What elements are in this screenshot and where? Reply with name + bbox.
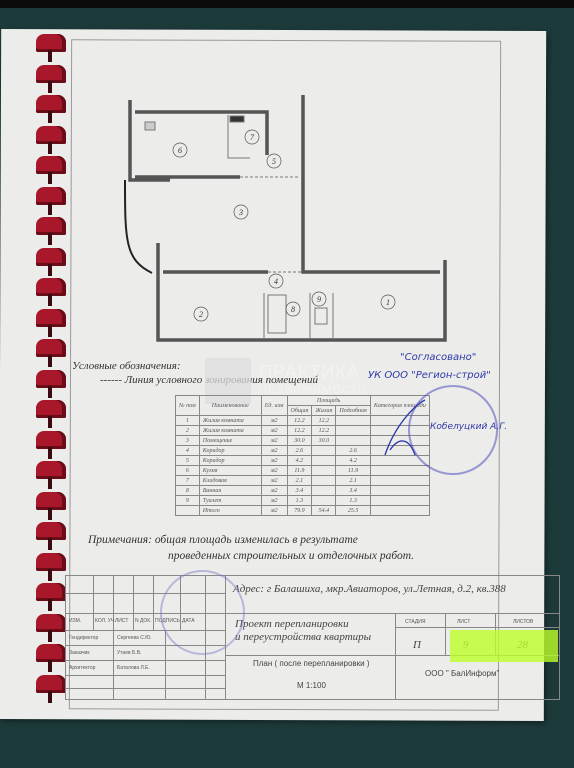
room-marker-2: 2 xyxy=(194,307,208,321)
binding-ring xyxy=(36,339,66,357)
svg-text:9: 9 xyxy=(317,295,321,304)
revision-column-header: ЛИСТ xyxy=(115,618,128,624)
staff-name: Утаев Б.В. xyxy=(117,650,141,656)
legend-title: Условные обозначения: xyxy=(72,360,181,372)
svg-text:1: 1 xyxy=(386,298,390,307)
binding-ring xyxy=(36,522,66,540)
revision-column-header: КОЛ. УЧ. xyxy=(95,618,116,624)
room-marker-5: 5 xyxy=(267,154,281,168)
svg-text:2: 2 xyxy=(199,310,203,319)
cell-unit: м2 xyxy=(261,416,287,426)
cell-num: 9 xyxy=(176,496,200,506)
sheet-title: План ( после перепланировки ) xyxy=(253,659,370,668)
grid-line xyxy=(395,627,560,628)
svg-text:8: 8 xyxy=(291,305,295,314)
binding-ring xyxy=(36,400,66,418)
binding-ring xyxy=(36,461,66,479)
staff-role: Гендиректор xyxy=(69,635,98,641)
grid-line xyxy=(133,575,134,630)
cell-unit: м2 xyxy=(261,476,287,486)
binding-ring xyxy=(36,553,66,571)
room-marker-7: 7 xyxy=(245,130,259,144)
grid-line xyxy=(93,575,94,630)
cell-num: 2 xyxy=(176,426,200,436)
cell-aux: 1.3 xyxy=(336,496,371,506)
staff-role: Заказчик xyxy=(69,650,90,656)
cell-living xyxy=(312,466,336,476)
room-marker-9: 9 xyxy=(312,292,326,306)
cell-category xyxy=(370,466,429,476)
cell-aux: 3.4 xyxy=(336,486,371,496)
binding-ring xyxy=(36,156,66,174)
signature-icon xyxy=(375,395,435,465)
cell-aux xyxy=(336,436,371,446)
total-cell-name: Итого xyxy=(199,506,261,516)
binding-ring xyxy=(36,583,66,601)
svg-text:3: 3 xyxy=(238,208,243,217)
cell-living xyxy=(312,446,336,456)
binding-ring xyxy=(36,95,66,113)
grid-line xyxy=(65,660,225,661)
col-unit: Ед. изм xyxy=(261,396,287,416)
cell-unit: м2 xyxy=(261,466,287,476)
note-line1: Примечания: общая площадь изменилась в р… xyxy=(88,532,414,548)
cell-total: 2.6 xyxy=(287,446,312,456)
cell-unit: м2 xyxy=(261,426,287,436)
cell-total: 12.2 xyxy=(287,426,312,436)
cell-aux: 2.6 xyxy=(336,446,371,456)
project-title: Проект перепланировки и переустройства к… xyxy=(235,618,371,644)
col-num: № пом xyxy=(176,396,200,416)
note-line2: проведенных строительных и отделочных ра… xyxy=(88,548,414,564)
approval-handwriting: "Согласовано" xyxy=(400,352,476,363)
cell-living: 30.0 xyxy=(312,436,336,446)
top-dark-border xyxy=(0,0,574,8)
grid-line xyxy=(165,630,166,700)
cell-total: 2.1 xyxy=(287,476,312,486)
col-aux: Подсобная xyxy=(336,406,371,416)
floor-plan: 6 7 5 3 4 2 8 9 1 xyxy=(110,80,460,350)
svg-text:4: 4 xyxy=(274,277,278,286)
total-cell-unit: м2 xyxy=(261,506,287,516)
room-marker-6: 6 xyxy=(173,143,187,157)
cell-living: 12.2 xyxy=(312,416,336,426)
cell-aux: 11.9 xyxy=(336,466,371,476)
cell-num: 1 xyxy=(176,416,200,426)
total-cell-aux: 25.5 xyxy=(336,506,371,516)
cell-name: Коридор xyxy=(199,456,261,466)
room-marker-4: 4 xyxy=(269,274,283,288)
grid-line xyxy=(65,575,560,576)
binding-ring xyxy=(36,431,66,449)
binding-ring xyxy=(36,492,66,510)
company-stamp-icon xyxy=(160,570,245,655)
binding-ring xyxy=(36,370,66,388)
stage-value: П xyxy=(413,639,421,651)
cell-name: Жилая комната xyxy=(199,426,261,436)
grid-line xyxy=(65,675,225,676)
binding-ring xyxy=(36,187,66,205)
cell-unit: м2 xyxy=(261,446,287,456)
project-line1: Проект перепланировки xyxy=(235,618,371,631)
grid-line xyxy=(65,688,225,689)
grid-line xyxy=(153,575,154,630)
cell-total: 3.4 xyxy=(287,486,312,496)
col-total: Общая xyxy=(287,406,312,416)
cell-name: Кухня xyxy=(199,466,261,476)
cell-total: 30.0 xyxy=(287,436,312,446)
table-row: 9Туалетм21.31.3 xyxy=(176,496,430,506)
cell-name: Коридор xyxy=(199,446,261,456)
cell-name: Помещение xyxy=(199,436,261,446)
cell-num: 5 xyxy=(176,456,200,466)
cell-category xyxy=(370,496,429,506)
total-cell-total: 79.9 xyxy=(287,506,312,516)
cell-name: Ванная xyxy=(199,486,261,496)
cell-living xyxy=(312,486,336,496)
binding-ring xyxy=(36,614,66,632)
total-cell-living: 54.4 xyxy=(312,506,336,516)
binding-ring xyxy=(36,34,66,52)
cell-unit: м2 xyxy=(261,496,287,506)
binding-ring xyxy=(36,278,66,296)
table-row: 7Кладоваям22.12.1 xyxy=(176,476,430,486)
room-marker-3: 3 xyxy=(234,205,248,219)
revision-column-header: N ДОК. xyxy=(135,618,152,624)
note: Примечания: общая площадь изменилась в р… xyxy=(88,532,414,564)
grid-line xyxy=(559,575,560,700)
binding-ring xyxy=(36,675,66,693)
binding-ring xyxy=(36,309,66,327)
col-living: Жилая xyxy=(312,406,336,416)
grid-line xyxy=(65,613,560,614)
cell-living xyxy=(312,476,336,486)
sheets-label: ЛИСТОВ xyxy=(513,619,533,625)
binding-ring xyxy=(36,644,66,662)
staff-role: Архитектор xyxy=(69,665,95,671)
total-cell xyxy=(176,506,200,516)
stage-label: СТАДИЯ xyxy=(405,619,425,625)
address: Адрес: г Балашиха, мкр.Авиаторов, ул.Лет… xyxy=(233,583,506,595)
cell-aux: 4.2 xyxy=(336,456,371,466)
cell-total: 12.2 xyxy=(287,416,312,426)
cell-num: 4 xyxy=(176,446,200,456)
company: ООО " БалИнформ" xyxy=(425,669,499,678)
cell-category xyxy=(370,486,429,496)
cell-living: 12.2 xyxy=(312,426,336,436)
cell-name: Туалет xyxy=(199,496,261,506)
room-marker-8: 8 xyxy=(286,302,300,316)
cell-total: 1.3 xyxy=(287,496,312,506)
highlighter-mark xyxy=(450,630,558,662)
col-name: Наименование xyxy=(199,396,261,416)
grid-line xyxy=(65,699,560,700)
project-line2: и переустройства квартиры xyxy=(235,631,371,644)
binding-ring xyxy=(36,65,66,83)
col-area: Площадь xyxy=(287,396,370,406)
revision-column-header: ИЗМ. xyxy=(69,618,81,624)
table-row-total: Итогом279.954.425.5 xyxy=(176,506,430,516)
svg-text:5: 5 xyxy=(272,157,276,166)
total-cell xyxy=(370,506,429,516)
cell-num: 6 xyxy=(176,466,200,476)
grid-line xyxy=(113,630,114,700)
binding-ring xyxy=(36,217,66,235)
svg-text:7: 7 xyxy=(250,133,255,142)
cell-category xyxy=(370,476,429,486)
cell-aux xyxy=(336,416,371,426)
staff-name: Баталова Л.Е. xyxy=(117,665,150,671)
binding-ring xyxy=(36,126,66,144)
table-row: 6Кухням211.911.9 xyxy=(176,466,430,476)
cell-total: 11.9 xyxy=(287,466,312,476)
staff-name: Сергеева С.Ю. xyxy=(117,635,152,641)
cell-living xyxy=(312,456,336,466)
cell-unit: м2 xyxy=(261,456,287,466)
cell-living xyxy=(312,496,336,506)
cell-aux xyxy=(336,426,371,436)
cell-name: Жилая комната xyxy=(199,416,261,426)
cell-aux: 2.1 xyxy=(336,476,371,486)
svg-text:6: 6 xyxy=(178,146,182,155)
binding-ring xyxy=(36,248,66,266)
table-row: 8Ваннаям23.43.4 xyxy=(176,486,430,496)
approval-org-handwriting: УК ООО "Регион-строй" xyxy=(368,370,491,381)
scale: М 1:100 xyxy=(297,681,326,690)
cell-num: 8 xyxy=(176,486,200,496)
cell-unit: м2 xyxy=(261,486,287,496)
cell-total: 4.2 xyxy=(287,456,312,466)
sheet-label: ЛИСТ xyxy=(457,619,470,625)
cell-unit: м2 xyxy=(261,436,287,446)
watermark-line1: ПРАКТИКА xyxy=(259,362,360,383)
cell-name: Кладовая xyxy=(199,476,261,486)
room-marker-1: 1 xyxy=(381,295,395,309)
grid-line xyxy=(445,613,446,655)
cell-num: 7 xyxy=(176,476,200,486)
cell-num: 3 xyxy=(176,436,200,446)
